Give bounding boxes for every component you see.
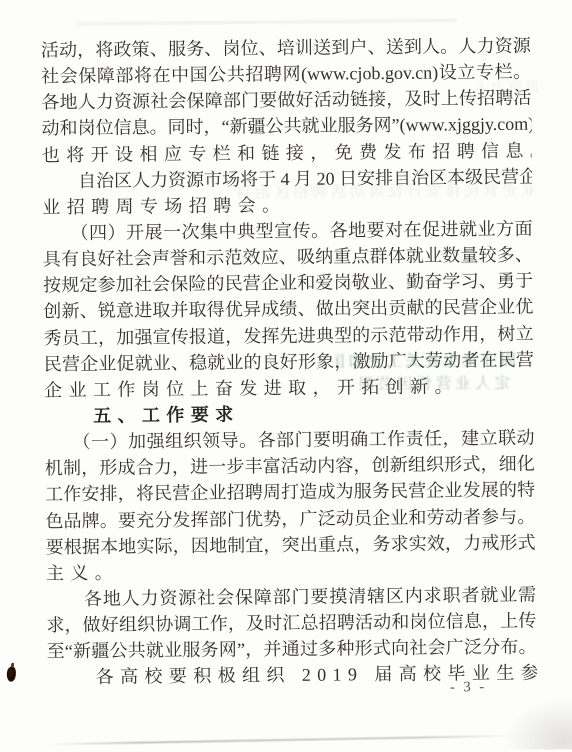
scan-streak-artifact	[77, 19, 457, 25]
scanned-document-page: 源资力人 业企营民排安日设周动活聘招区治自 活动，将政策、服务、岗位、培训送到户…	[0, 0, 572, 752]
ink-splotch-artifact	[6, 666, 17, 682]
page-number: - 3 -	[450, 679, 520, 698]
scan-page-edge-line	[49, 735, 514, 746]
document-body: 活动，将政策、服务、岗位、培训送到户、送到人。人力资源社会保障部将在中国公共招聘…	[41, 33, 537, 691]
text-line-20: 要根据本地实际，因地制宜，突出重点，务求实效，力戒形式	[46, 529, 536, 560]
text-line-13: 民营企业促就业、稳就业的良好形象，激励广大劳动者在民营	[44, 346, 534, 377]
text-line-11: 创新、锐意进取并取得优异成绩、做出突出贡献的民营企业优	[43, 294, 533, 325]
text-line-6: 自治区人力资源市场将于 4 月 20 日安排自治区本级民营企	[42, 163, 532, 194]
text-line-18: 工作安排，将民营企业招聘周打造成为服务民营企业发展的特	[45, 477, 535, 508]
text-line-4: 动和岗位信息。同时，“新疆公共就业服务网”(www.xjggjy.com)	[41, 111, 531, 142]
scan-corner-smudge	[503, 697, 572, 750]
scan-tilt-wrapper: 源资力人 业企营民排安日设周动活聘招区治自 活动，将政策、服务、岗位、培训送到户…	[0, 0, 572, 752]
